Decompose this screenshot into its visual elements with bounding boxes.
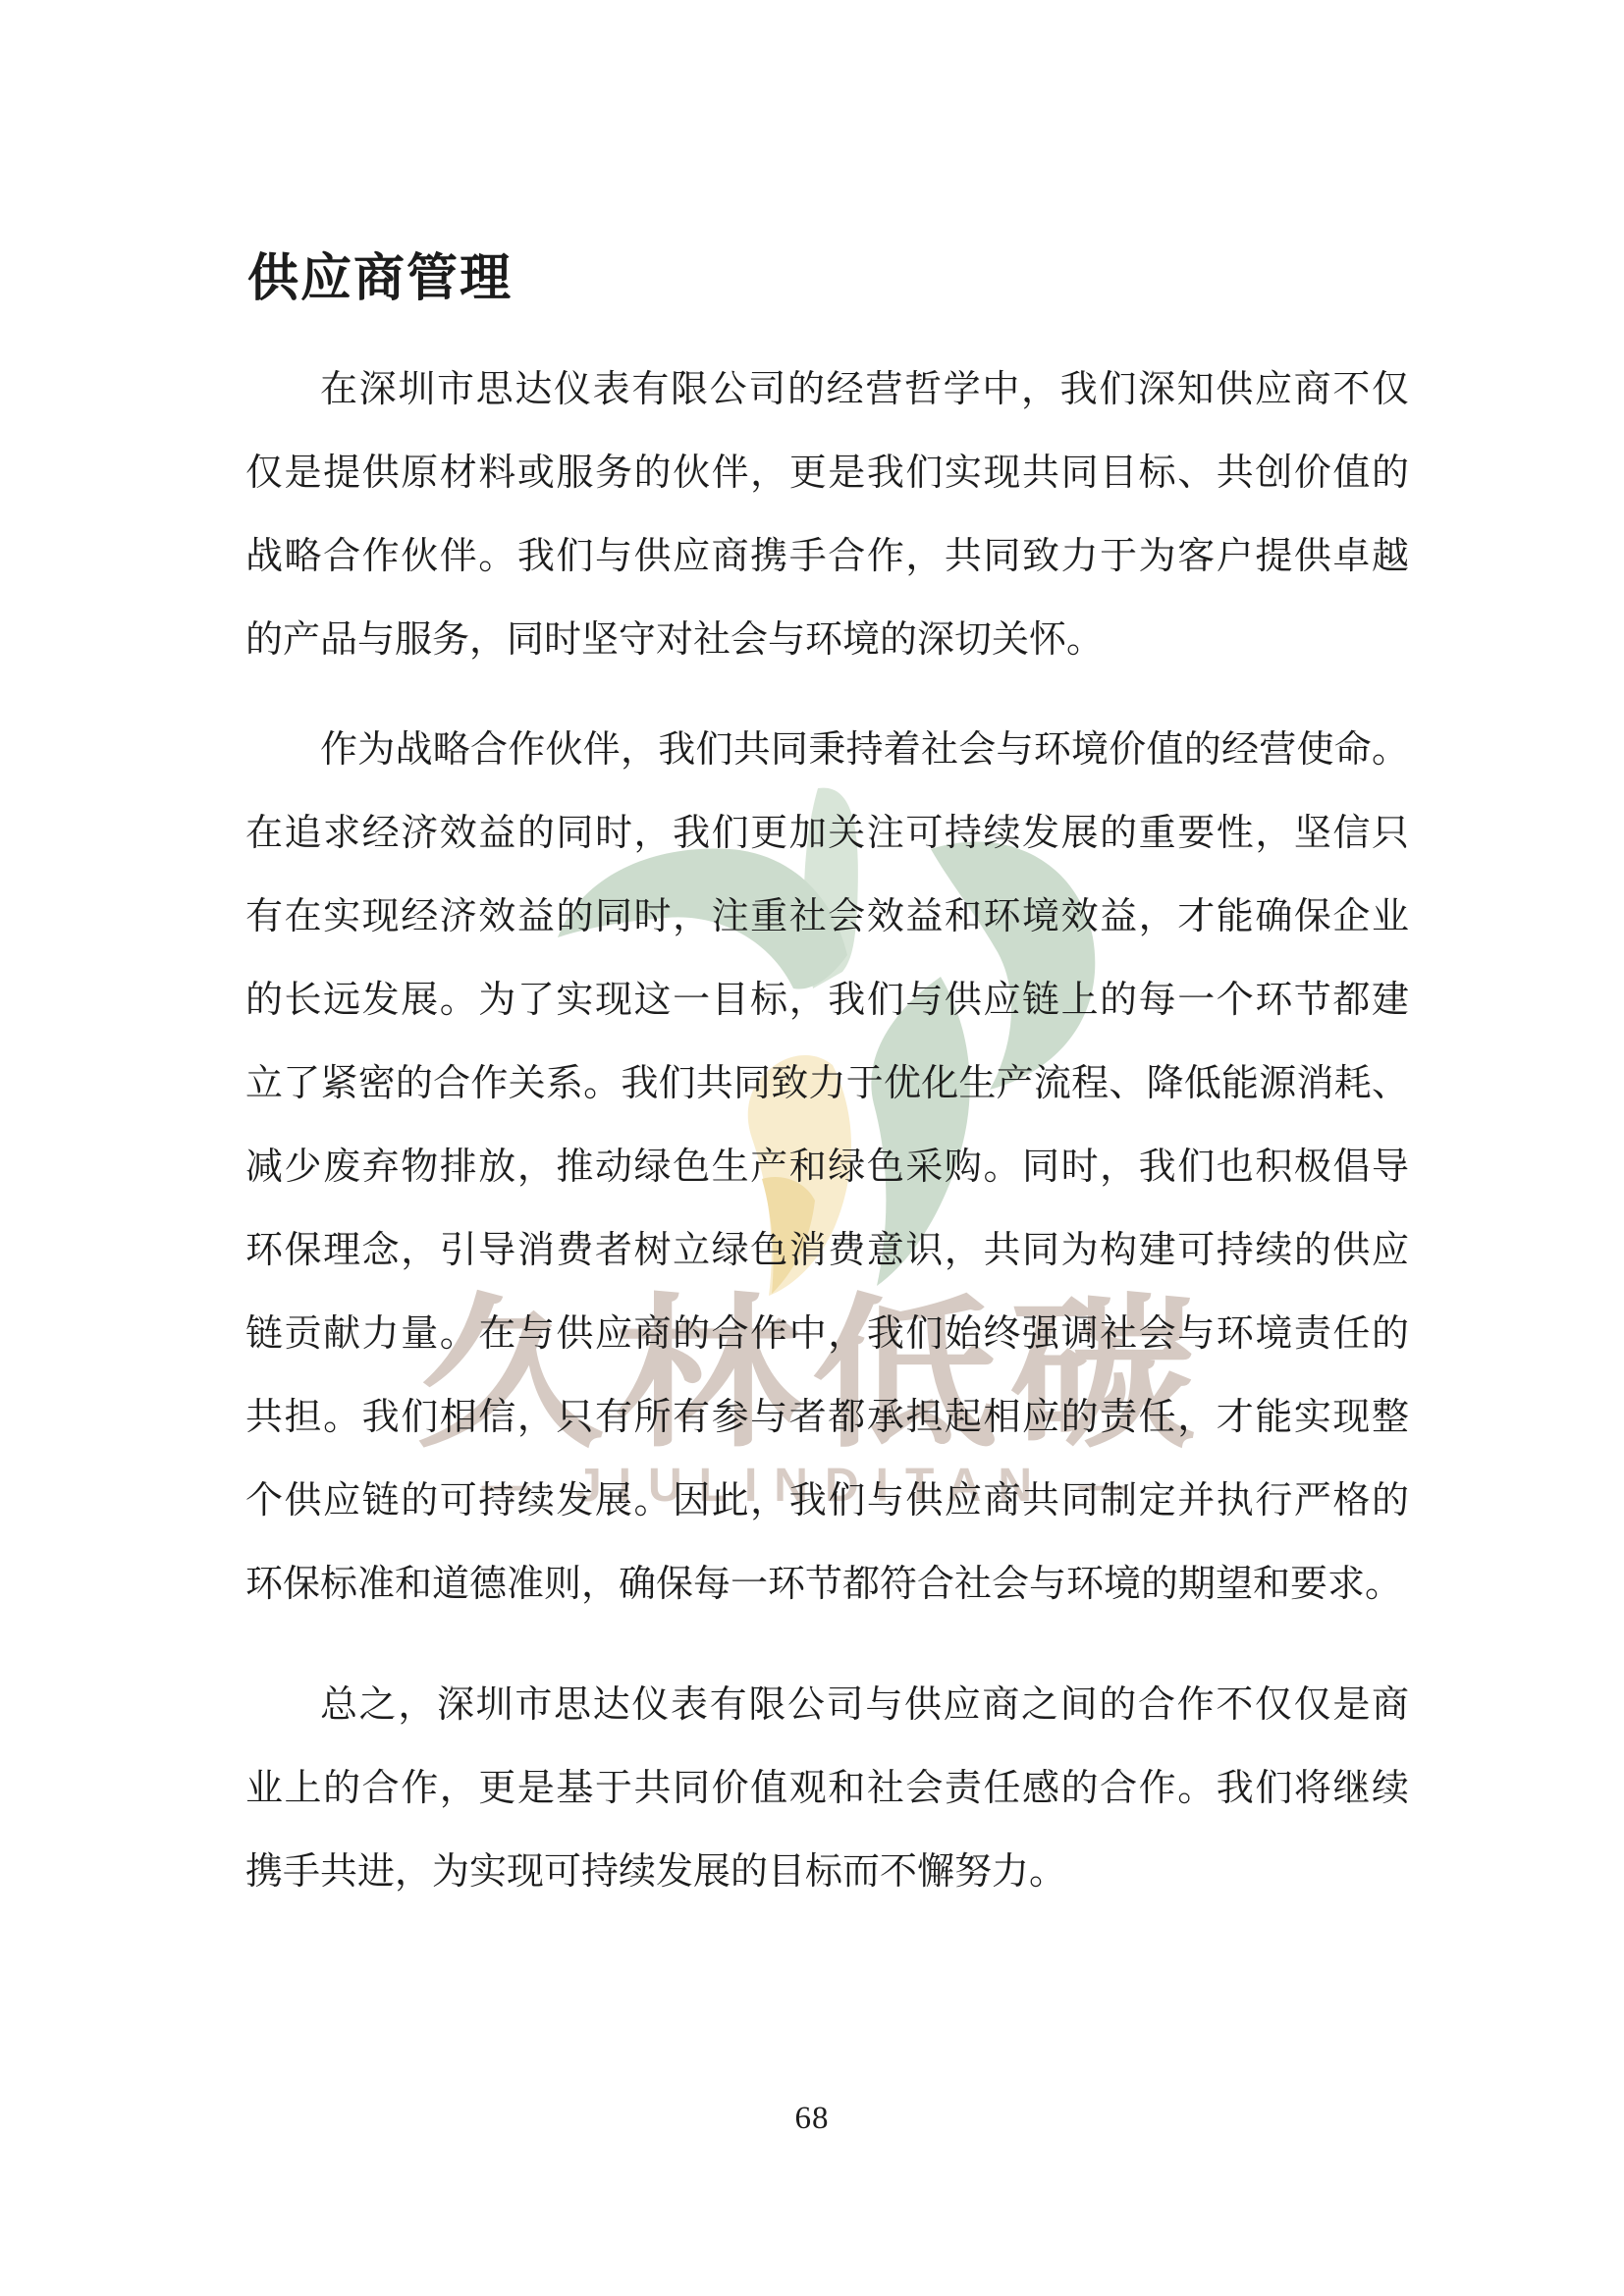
text-line: 在追求经济效益的同时，我们更加关注可持续发展的重要性，坚信只	[245, 792, 1409, 876]
text-line: 减少废弃物排放，推动绿色生产和绿色采购。同时，我们也积极倡导	[245, 1126, 1409, 1209]
paragraph-3: 总之，深圳市思达仪表有限公司与供应商之间的合作不仅仅是商业上的合作，更是基于共同…	[245, 1664, 1409, 1914]
text-line: 总之，深圳市思达仪表有限公司与供应商之间的合作不仅仅是商	[245, 1664, 1409, 1747]
text-line: 环保理念，引导消费者树立绿色消费意识，共同为构建可持续的供应	[245, 1209, 1409, 1293]
text-line: 仅是提供原材料或服务的伙伴，更是我们实现共同目标、共创价值的	[245, 432, 1409, 515]
text-line: 的长远发展。为了实现这一目标，我们与供应链上的每一个环节都建	[245, 959, 1409, 1042]
paragraph-2: 作为战略合作伙伴，我们共同秉持着社会与环境价值的经营使命。在追求经济效益的同时，…	[245, 709, 1409, 1627]
text-line: 在深圳市思达仪表有限公司的经营哲学中，我们深知供应商不仅	[245, 348, 1409, 432]
text-line: 的产品与服务，同时坚守对社会与环境的深切关怀。	[245, 599, 1409, 682]
text-line: 共担。我们相信，只有所有参与者都承担起相应的责任，才能实现整	[245, 1376, 1409, 1460]
text-line: 有在实现经济效益的同时，注重社会效益和环境效益，才能确保企业	[245, 876, 1409, 959]
text-line: 作为战略合作伙伴，我们共同秉持着社会与环境价值的经营使命。	[245, 709, 1409, 792]
text-line: 链贡献力量。在与供应商的合作中，我们始终强调社会与环境责任的	[245, 1293, 1409, 1376]
page-number: 68	[0, 2101, 1624, 2137]
text-line: 战略合作伙伴。我们与供应商携手合作，共同致力于为客户提供卓越	[245, 515, 1409, 599]
text-line: 立了紧密的合作关系。我们共同致力于优化生产流程、降低能源消耗、	[245, 1042, 1409, 1126]
text-line: 业上的合作，更是基于共同价值观和社会责任感的合作。我们将继续	[245, 1747, 1409, 1831]
document-page: 久林低碳 — JIULINDITAN — 供应商管理 在深圳市思达仪表有限公司的…	[0, 0, 1624, 2296]
text-line: 个供应链的可持续发展。因此，我们与供应商共同制定并执行严格的	[245, 1460, 1409, 1543]
text-line: 环保标准和道德准则，确保每一环节都符合社会与环境的期望和要求。	[245, 1543, 1409, 1627]
page-title: 供应商管理	[247, 250, 513, 309]
paragraph-1: 在深圳市思达仪表有限公司的经营哲学中，我们深知供应商不仅仅是提供原材料或服务的伙…	[245, 348, 1409, 682]
text-line: 携手共进，为实现可持续发展的目标而不懈努力。	[245, 1831, 1409, 1914]
